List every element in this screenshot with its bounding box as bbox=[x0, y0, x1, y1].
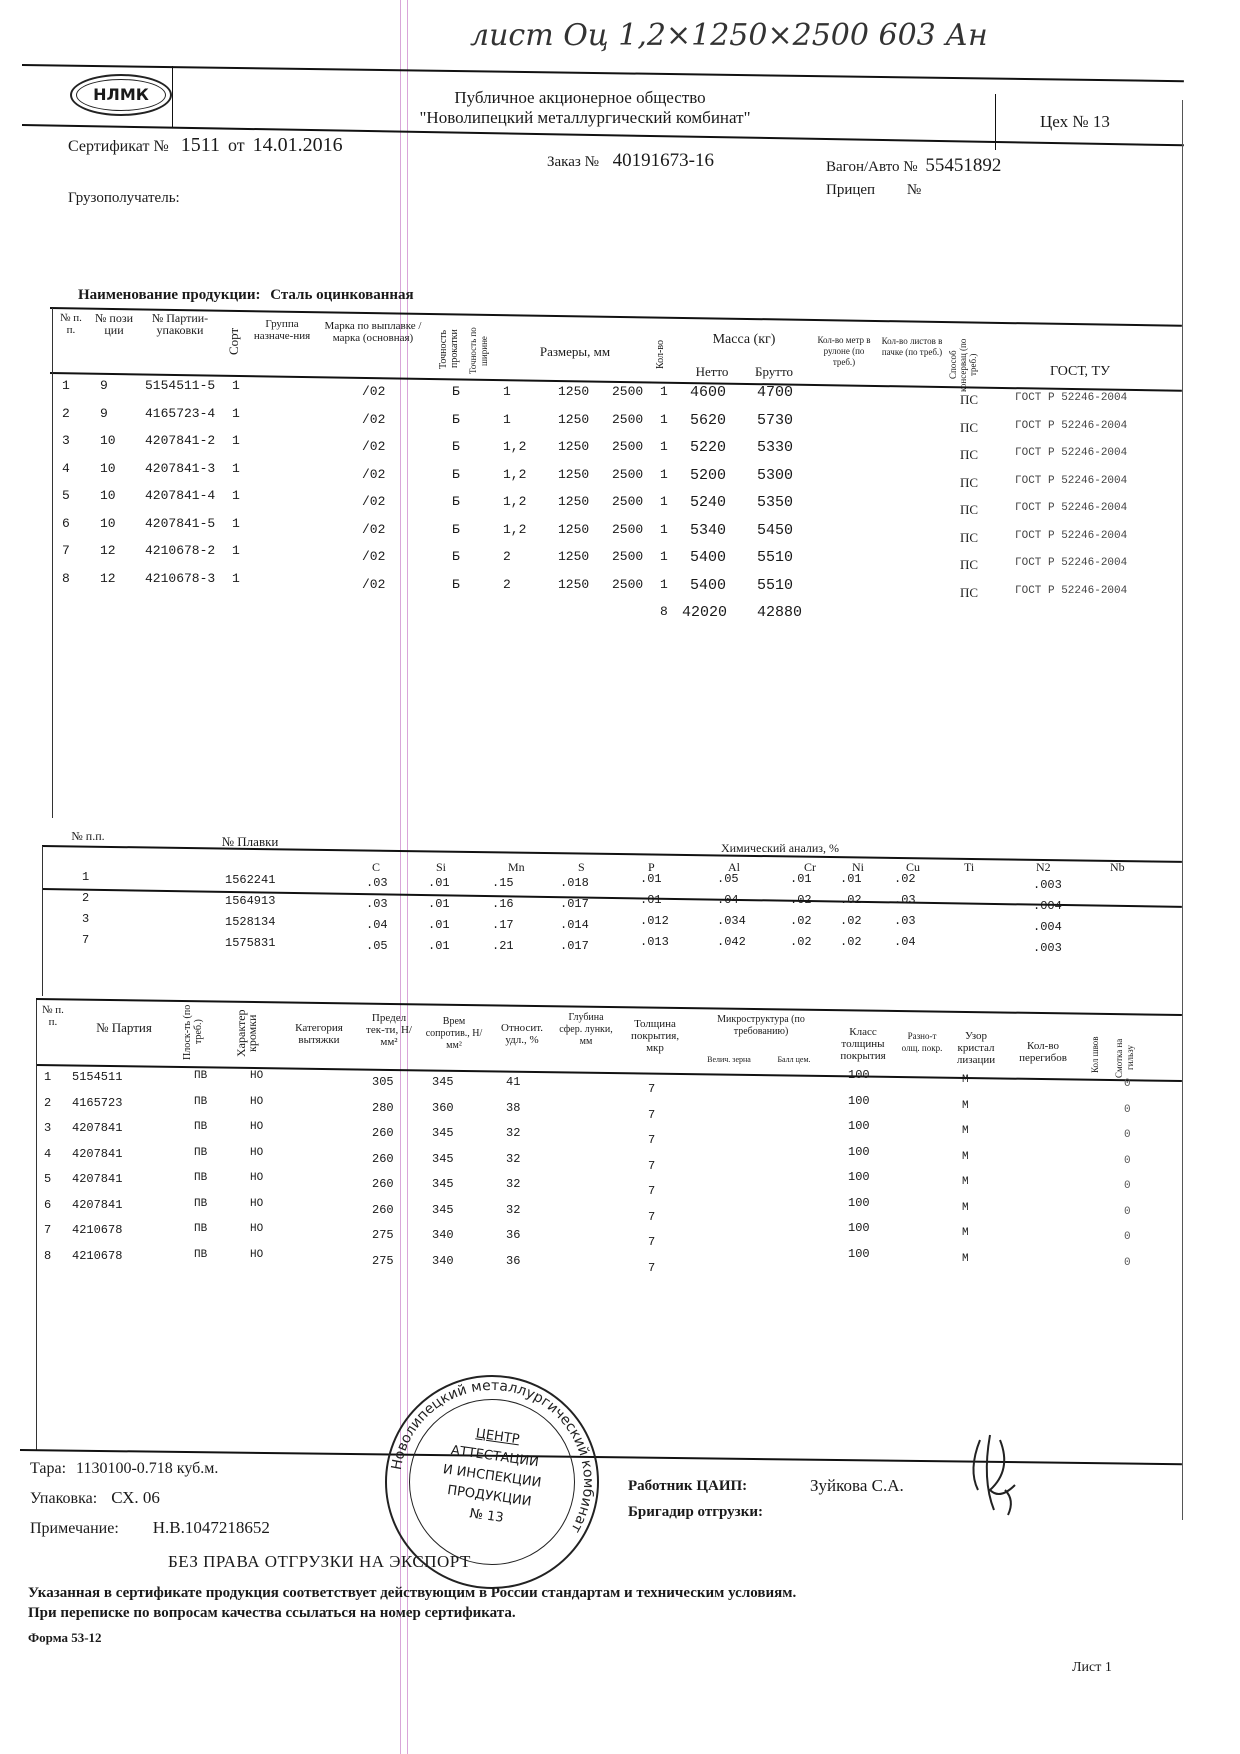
t3-cell-coil: 0 bbox=[1124, 1104, 1131, 1116]
note-info: Примечание: Н.В.1047218652 bbox=[30, 1518, 270, 1538]
t1-header-gross: Брутто bbox=[744, 366, 804, 378]
t3-cell-edge: НО bbox=[250, 1223, 263, 1235]
table3-left-border bbox=[36, 1000, 37, 1450]
t1-header-net: Нетто bbox=[684, 366, 740, 378]
t2-cell-cr: .02 bbox=[790, 935, 812, 949]
t3-cell-pattern: М bbox=[962, 1176, 969, 1188]
t1-header-sheets: Кол-во листов в пачке (по треб.) bbox=[880, 336, 944, 358]
t1-cell-batch: 4165723-4 bbox=[145, 406, 215, 421]
t2-cell-si: .01 bbox=[428, 897, 450, 911]
company-name: "Новолипецкий металлургический комбинат" bbox=[370, 108, 800, 128]
table1-left-border bbox=[52, 308, 53, 818]
t2-cell-heat: 1528134 bbox=[225, 915, 275, 929]
t1-cell-roll_acc: Б bbox=[452, 439, 460, 454]
t3-cell-edge: НО bbox=[250, 1147, 263, 1159]
t1-cell-thick: 1,2 bbox=[503, 467, 526, 482]
t1-cell-l: 2500 bbox=[612, 412, 643, 427]
t3-cell-pattern: М bbox=[962, 1151, 969, 1163]
t2-cell-heat: 1564913 bbox=[225, 894, 275, 908]
t1-header-meters: Кол-во метр в рулоне (по треб.) bbox=[812, 335, 876, 368]
t3-cell-coat: 7 bbox=[648, 1133, 655, 1147]
t1-cell-gost: ГОСТ Р 52246-2004 bbox=[1015, 557, 1127, 569]
trailer-info: Прицеп № bbox=[826, 182, 921, 199]
t1-cell-net: 5400 bbox=[690, 549, 726, 566]
t3-cell-pp: 4 bbox=[44, 1147, 51, 1161]
t2-cell-c: .04 bbox=[366, 918, 388, 932]
t2-cell-mn: .16 bbox=[492, 897, 514, 911]
t1-cell-pp: 3 bbox=[62, 433, 70, 448]
t2-cell-al: .042 bbox=[717, 935, 746, 949]
t3-cell-pp: 5 bbox=[44, 1172, 51, 1186]
t1-cell-thick: 1 bbox=[503, 384, 511, 399]
t3-cell-yield: 275 bbox=[372, 1228, 394, 1242]
t2-header-s: S bbox=[578, 860, 585, 875]
t1-cell-qty: 1 bbox=[660, 467, 668, 482]
t1-cell-roll_acc: Б bbox=[452, 467, 460, 482]
t3-cell-coil: 0 bbox=[1124, 1231, 1131, 1243]
t1-cell-net: 5220 bbox=[690, 439, 726, 456]
t3-cell-class: 100 bbox=[848, 1119, 870, 1133]
t2-cell-cr: .01 bbox=[790, 872, 812, 886]
signature-icon bbox=[960, 1430, 1030, 1520]
t1-cell-sort: 1 bbox=[232, 433, 240, 448]
t1-cell-roll_acc: Б bbox=[452, 412, 460, 427]
t3-cell-tensile: 345 bbox=[432, 1203, 454, 1217]
t2-cell-pp: 7 bbox=[82, 933, 89, 947]
t1-cell-sort: 1 bbox=[232, 516, 240, 531]
t1-cell-gross: 5350 bbox=[757, 494, 793, 511]
t1-cell-conserv: ПС bbox=[960, 585, 978, 601]
t1-header-sizes: Размеры, мм bbox=[510, 346, 640, 358]
t3-cell-batch: 4207841 bbox=[72, 1198, 122, 1212]
t1-cell-sort: 1 bbox=[232, 543, 240, 558]
t3-cell-elong: 32 bbox=[506, 1203, 520, 1217]
t2-cell-cu: .04 bbox=[894, 935, 916, 949]
t3-cell-coat: 7 bbox=[648, 1184, 655, 1198]
t2-cell-pp: 2 bbox=[82, 891, 89, 905]
t1-cell-l: 2500 bbox=[612, 577, 643, 592]
t1-cell-sort: 1 bbox=[232, 488, 240, 503]
t1-cell-gost: ГОСТ Р 52246-2004 bbox=[1015, 475, 1127, 487]
t2-header-n2: N2 bbox=[1036, 860, 1051, 875]
header-divider bbox=[995, 94, 996, 150]
t1-cell-sort: 1 bbox=[232, 378, 240, 393]
t1-cell-batch: 4207841-3 bbox=[145, 461, 215, 476]
t1-cell-gross: 5450 bbox=[757, 522, 793, 539]
t3-cell-coil: 0 bbox=[1124, 1206, 1131, 1218]
t2-cell-si: .01 bbox=[428, 876, 450, 890]
t2-cell-n2: .003 bbox=[1033, 941, 1062, 955]
t1-cell-net: 5240 bbox=[690, 494, 726, 511]
t1-cell-gost: ГОСТ Р 52246-2004 bbox=[1015, 530, 1127, 542]
t1-cell-gost: ГОСТ Р 52246-2004 bbox=[1015, 585, 1127, 597]
correspondence-note: При переписке по вопросам качества ссыла… bbox=[28, 1605, 516, 1622]
t3-cell-tensile: 345 bbox=[432, 1126, 454, 1140]
t1-cell-batch: 4210678-2 bbox=[145, 543, 215, 558]
certificate-date: 14.01.2016 bbox=[253, 134, 343, 156]
t1-cell-conserv: ПС bbox=[960, 557, 978, 573]
t1-cell-conserv: ПС bbox=[960, 447, 978, 463]
t1-cell-batch: 5154511-5 bbox=[145, 378, 215, 393]
t2-header-mn: Mn bbox=[508, 860, 525, 875]
t3-cell-pp: 3 bbox=[44, 1121, 51, 1135]
t1-cell-qty: 1 bbox=[660, 549, 668, 564]
t2-cell-s: .014 bbox=[560, 918, 589, 932]
t2-header-pp: № п.п. bbox=[48, 830, 128, 842]
foreman-label: Бригадир отгрузки: bbox=[628, 1504, 763, 1521]
t1-cell-roll_acc: Б bbox=[452, 549, 460, 564]
t2-cell-n2: .004 bbox=[1033, 920, 1062, 934]
t3-cell-pp: 6 bbox=[44, 1198, 51, 1212]
t3-cell-pattern: М bbox=[962, 1227, 969, 1239]
t1-cell-w: 1250 bbox=[558, 494, 589, 509]
t3-cell-batch: 4210678 bbox=[72, 1249, 122, 1263]
t1-cell-net: 5200 bbox=[690, 467, 726, 484]
t2-cell-al: .04 bbox=[717, 893, 739, 907]
t3-cell-flat: ПВ bbox=[194, 1198, 207, 1210]
t3-cell-batch: 5154511 bbox=[72, 1070, 122, 1084]
t1-cell-roll_acc: Б bbox=[452, 494, 460, 509]
t1-cell-l: 2500 bbox=[612, 439, 643, 454]
t3-cell-coil: 0 bbox=[1124, 1078, 1131, 1090]
t3-cell-pattern: М bbox=[962, 1074, 969, 1086]
t3-cell-flat: ПВ bbox=[194, 1249, 207, 1261]
t1-header-batch: № Партии-упаковки bbox=[140, 312, 220, 336]
t3-cell-edge: НО bbox=[250, 1172, 263, 1184]
consignee-label: Грузополучатель: bbox=[68, 190, 180, 207]
t2-cell-si: .01 bbox=[428, 918, 450, 932]
t1-header-roll-acc: Точность прокатки bbox=[438, 320, 460, 378]
t3-cell-pp: 1 bbox=[44, 1070, 51, 1084]
t3-cell-flat: ПВ bbox=[194, 1070, 207, 1082]
t1-cell-gross: 5300 bbox=[757, 467, 793, 484]
t3-header-batch: № Партия bbox=[76, 1022, 172, 1034]
t2-cell-ni: .02 bbox=[840, 893, 862, 907]
t2-cell-n2: .003 bbox=[1033, 878, 1062, 892]
t1-header-conserv: Способ консервац (по треб.) bbox=[948, 338, 978, 392]
t2-cell-p: .01 bbox=[640, 872, 662, 886]
t1-cell-gost: ГОСТ Р 52246-2004 bbox=[1015, 392, 1127, 404]
product-name: Наименование продукции: Сталь оцинкованн… bbox=[78, 287, 414, 304]
t3-cell-class: 100 bbox=[848, 1170, 870, 1184]
t3-cell-edge: НО bbox=[250, 1198, 263, 1210]
t1-cell-net: 5620 bbox=[690, 412, 726, 429]
t1-header-grade: Марка по выплавке / марка (основная) bbox=[318, 320, 428, 344]
table3-header-bottom bbox=[36, 1064, 1182, 1082]
wagon-number: 55451892 bbox=[925, 155, 1001, 176]
t3-cell-tensile: 345 bbox=[432, 1075, 454, 1089]
t1-cell-roll_acc: Б bbox=[452, 577, 460, 592]
t1-header-pp: № п. п. bbox=[56, 312, 86, 336]
t3-cell-yield: 260 bbox=[372, 1126, 394, 1140]
t2-cell-s: .017 bbox=[560, 897, 589, 911]
t2-cell-s: .017 bbox=[560, 939, 589, 953]
t2-cell-cu: .03 bbox=[894, 893, 916, 907]
t3-cell-elong: 38 bbox=[506, 1101, 520, 1115]
workshop-number: Цех № 13 bbox=[1040, 112, 1110, 132]
t2-cell-pp: 3 bbox=[82, 912, 89, 926]
t1-cell-l: 2500 bbox=[612, 549, 643, 564]
t1-cell-pos: 10 bbox=[100, 488, 116, 503]
t3-cell-tensile: 340 bbox=[432, 1254, 454, 1268]
t1-cell-conserv: ПС bbox=[960, 502, 978, 518]
t1-cell-grade: /02 bbox=[362, 522, 385, 537]
total-net: 42020 bbox=[682, 604, 727, 621]
t3-cell-coil: 0 bbox=[1124, 1155, 1131, 1167]
t2-cell-c: .05 bbox=[366, 939, 388, 953]
t1-cell-roll_acc: Б bbox=[452, 384, 460, 399]
t3-header-edge: Характер кромки bbox=[236, 1004, 258, 1062]
t3-header-tensile: Врем сопротив., Н/мм² bbox=[420, 1016, 488, 1052]
t1-cell-thick: 1,2 bbox=[503, 494, 526, 509]
t3-cell-flat: ПВ bbox=[194, 1096, 207, 1108]
t1-header-group: Группа назначе-ния bbox=[252, 318, 312, 342]
t3-cell-flat: ПВ bbox=[194, 1172, 207, 1184]
tare-info: Тара: 1130100-0.718 куб.м. bbox=[30, 1460, 218, 1478]
t1-cell-thick: 1,2 bbox=[503, 439, 526, 454]
t3-header-flat: Плоск-ть (по треб.) bbox=[182, 1004, 204, 1060]
t1-cell-pp: 6 bbox=[62, 516, 70, 531]
t2-cell-ni: .02 bbox=[840, 914, 862, 928]
t1-cell-pos: 10 bbox=[100, 461, 116, 476]
t3-header-coat: Толщина покрытия, мкр bbox=[622, 1018, 688, 1054]
t1-cell-qty: 1 bbox=[660, 522, 668, 537]
t1-cell-batch: 4207841-2 bbox=[145, 433, 215, 448]
t2-header-ti: Ti bbox=[964, 860, 974, 875]
t1-cell-l: 2500 bbox=[612, 467, 643, 482]
t2-header-si: Si bbox=[436, 860, 446, 875]
t1-cell-thick: 2 bbox=[503, 577, 511, 592]
t3-cell-coil: 0 bbox=[1124, 1180, 1131, 1192]
t3-header-pattern: Узор кристал лизации bbox=[948, 1030, 1004, 1066]
t2-cell-heat: 1562241 bbox=[225, 873, 275, 887]
t1-cell-grade: /02 bbox=[362, 467, 385, 482]
t1-cell-w: 1250 bbox=[558, 577, 589, 592]
t2-cell-n2: .004 bbox=[1033, 899, 1062, 913]
t3-header-bends: Кол-во перегибов bbox=[1008, 1040, 1078, 1064]
t1-cell-pos: 9 bbox=[100, 378, 108, 393]
t1-header-pos: № пози ции bbox=[92, 312, 136, 336]
t1-cell-grade: /02 bbox=[362, 439, 385, 454]
t1-cell-w: 1250 bbox=[558, 549, 589, 564]
t3-cell-yield: 280 bbox=[372, 1101, 394, 1115]
order-info: Заказ № 40191673-16 bbox=[547, 150, 714, 172]
t3-cell-batch: 4207841 bbox=[72, 1147, 122, 1161]
t1-cell-pos: 12 bbox=[100, 543, 116, 558]
t1-cell-w: 1250 bbox=[558, 439, 589, 454]
t2-header-heat: № Плавки bbox=[190, 836, 310, 848]
t2-header-c: C bbox=[372, 860, 380, 875]
order-number: 40191673-16 bbox=[613, 150, 714, 171]
packaging-info: Упаковка: СХ. 06 bbox=[30, 1488, 160, 1508]
t1-cell-conserv: ПС bbox=[960, 420, 978, 436]
t3-header-seams: Кол швов bbox=[1090, 1030, 1101, 1080]
t3-cell-class: 100 bbox=[848, 1145, 870, 1159]
t1-cell-batch: 4210678-3 bbox=[145, 571, 215, 586]
t2-cell-pp: 1 bbox=[82, 870, 89, 884]
t1-header-gost: ГОСТ, ТУ bbox=[1020, 366, 1140, 378]
t1-cell-gost: ГОСТ Р 52246-2004 bbox=[1015, 502, 1127, 514]
t3-header-uneven: Разно-т олщ. покр. bbox=[900, 1030, 944, 1054]
t1-cell-gross: 5730 bbox=[757, 412, 793, 429]
t2-cell-c: .03 bbox=[366, 897, 388, 911]
t3-cell-pattern: М bbox=[962, 1253, 969, 1265]
t3-header-elong: Относит. удл., % bbox=[492, 1022, 552, 1046]
t3-cell-yield: 260 bbox=[372, 1177, 394, 1191]
t3-cell-edge: НО bbox=[250, 1070, 263, 1082]
t1-cell-net: 5400 bbox=[690, 577, 726, 594]
t3-cell-edge: НО bbox=[250, 1096, 263, 1108]
t3-cell-flat: ПВ bbox=[194, 1147, 207, 1159]
t2-cell-si: .01 bbox=[428, 939, 450, 953]
t2-header-nb: Nb bbox=[1110, 860, 1125, 875]
header-divider bbox=[172, 66, 173, 128]
t1-cell-pp: 4 bbox=[62, 461, 70, 476]
t2-cell-mn: .17 bbox=[492, 918, 514, 932]
t1-cell-grade: /02 bbox=[362, 577, 385, 592]
t1-cell-grade: /02 bbox=[362, 549, 385, 564]
t1-cell-net: 4600 bbox=[690, 384, 726, 401]
t3-cell-class: 100 bbox=[848, 1221, 870, 1235]
t1-cell-pos: 10 bbox=[100, 516, 116, 531]
t1-cell-conserv: ПС bbox=[960, 530, 978, 546]
t1-cell-net: 5340 bbox=[690, 522, 726, 539]
t3-header-pp: № п. п. bbox=[40, 1004, 66, 1028]
worker-label: Работник ЦАИП: bbox=[628, 1478, 747, 1495]
t1-cell-thick: 1 bbox=[503, 412, 511, 427]
t2-cell-mn: .15 bbox=[492, 876, 514, 890]
t2-cell-heat: 1575831 bbox=[225, 936, 275, 950]
t3-cell-elong: 36 bbox=[506, 1228, 520, 1242]
t2-cell-mn: .21 bbox=[492, 939, 514, 953]
t3-header-class: Класс толщины покрытия bbox=[830, 1026, 896, 1062]
t1-cell-roll_acc: Б bbox=[452, 522, 460, 537]
t3-cell-elong: 32 bbox=[506, 1126, 520, 1140]
t3-cell-class: 100 bbox=[848, 1094, 870, 1108]
t1-cell-grade: /02 bbox=[362, 412, 385, 427]
t2-cell-cr: .02 bbox=[790, 893, 812, 907]
t1-cell-w: 1250 bbox=[558, 467, 589, 482]
t1-cell-l: 2500 bbox=[612, 494, 643, 509]
t2-cell-al: .05 bbox=[717, 872, 739, 886]
t1-cell-gross: 5330 bbox=[757, 439, 793, 456]
t2-cell-s: .018 bbox=[560, 876, 589, 890]
t3-cell-tensile: 345 bbox=[432, 1152, 454, 1166]
t1-cell-thick: 2 bbox=[503, 549, 511, 564]
t3-cell-coat: 7 bbox=[648, 1108, 655, 1122]
t3-cell-batch: 4207841 bbox=[72, 1121, 122, 1135]
t3-cell-class: 100 bbox=[848, 1068, 870, 1082]
t3-cell-coil: 0 bbox=[1124, 1257, 1131, 1269]
t1-cell-pos: 9 bbox=[100, 406, 108, 421]
t1-header-qty: Кол-во bbox=[655, 334, 666, 374]
t1-header-width-acc: Точность по ширине bbox=[468, 322, 490, 380]
t1-cell-pos: 12 bbox=[100, 571, 116, 586]
t2-cell-c: .03 bbox=[366, 876, 388, 890]
table2-left-border bbox=[42, 846, 43, 996]
t3-header-draw: Категория вытяжки bbox=[284, 1022, 354, 1046]
t2-cell-cu: .02 bbox=[894, 872, 916, 886]
t1-cell-w: 1250 bbox=[558, 384, 589, 399]
t1-cell-pos: 10 bbox=[100, 433, 116, 448]
t1-cell-qty: 1 bbox=[660, 384, 668, 399]
t1-cell-gost: ГОСТ Р 52246-2004 bbox=[1015, 447, 1127, 459]
t1-cell-w: 1250 bbox=[558, 522, 589, 537]
t1-cell-pp: 7 bbox=[62, 543, 70, 558]
t2-cell-cu: .03 bbox=[894, 914, 916, 928]
t1-cell-qty: 1 bbox=[660, 494, 668, 509]
t2-cell-cr: .02 bbox=[790, 914, 812, 928]
t2-cell-p: .01 bbox=[640, 893, 662, 907]
t1-cell-gross: 4700 bbox=[757, 384, 793, 401]
t1-cell-gross: 5510 bbox=[757, 549, 793, 566]
t1-cell-sort: 1 bbox=[232, 461, 240, 476]
company-logo: НЛМК bbox=[70, 74, 172, 116]
t3-cell-yield: 260 bbox=[372, 1152, 394, 1166]
t1-cell-batch: 4207841-5 bbox=[145, 516, 215, 531]
t1-header-sort: Сорт bbox=[228, 316, 239, 366]
wagon-info: Вагон/Авто № 55451892 bbox=[826, 155, 1001, 177]
t3-cell-flat: ПВ bbox=[194, 1223, 207, 1235]
t3-cell-elong: 32 bbox=[506, 1177, 520, 1191]
t3-cell-pp: 2 bbox=[44, 1096, 51, 1110]
t3-cell-pp: 8 bbox=[44, 1249, 51, 1263]
inspection-stamp: Новолипецкий металлургический комбинат Ц… bbox=[385, 1375, 599, 1589]
t3-cell-elong: 32 bbox=[506, 1152, 520, 1166]
header-top-border bbox=[22, 64, 1184, 82]
t3-cell-batch: 4207841 bbox=[72, 1172, 122, 1186]
t3-cell-pattern: М bbox=[962, 1202, 969, 1214]
t3-cell-coil: 0 bbox=[1124, 1129, 1131, 1141]
total-qty: 8 bbox=[660, 604, 668, 619]
t3-cell-tensile: 345 bbox=[432, 1177, 454, 1191]
t1-cell-pp: 5 bbox=[62, 488, 70, 503]
t3-header-yield: Предел тек-ти, Н/мм² bbox=[362, 1012, 416, 1048]
t3-cell-edge: НО bbox=[250, 1249, 263, 1261]
t1-cell-conserv: ПС bbox=[960, 392, 978, 408]
t1-cell-qty: 1 bbox=[660, 439, 668, 454]
t2-cell-al: .034 bbox=[717, 914, 746, 928]
t3-header-depth: Глубина сфер. лунки, мм bbox=[556, 1012, 616, 1048]
t1-cell-pp: 2 bbox=[62, 406, 70, 421]
t1-cell-qty: 1 bbox=[660, 577, 668, 592]
t3-cell-class: 100 bbox=[848, 1247, 870, 1261]
t3-cell-tensile: 340 bbox=[432, 1228, 454, 1242]
certificate-info: Сертификат № 1511 от 14.01.2016 bbox=[68, 134, 343, 157]
t2-cell-ni: .02 bbox=[840, 935, 862, 949]
t3-cell-pattern: М bbox=[962, 1125, 969, 1137]
t3-cell-elong: 36 bbox=[506, 1254, 520, 1268]
t3-cell-yield: 260 bbox=[372, 1203, 394, 1217]
t3-cell-yield: 305 bbox=[372, 1075, 394, 1089]
t1-cell-sort: 1 bbox=[232, 571, 240, 586]
t3-cell-batch: 4165723 bbox=[72, 1096, 122, 1110]
t1-cell-conserv: ПС bbox=[960, 475, 978, 491]
t1-cell-sort: 1 bbox=[232, 406, 240, 421]
t3-header-micro: Микроструктура (по требованию) bbox=[696, 1014, 826, 1038]
t3-cell-coat: 7 bbox=[648, 1261, 655, 1275]
t3-header-score: Балл цем. bbox=[764, 1054, 824, 1066]
t1-cell-gross: 5510 bbox=[757, 577, 793, 594]
t1-cell-w: 1250 bbox=[558, 412, 589, 427]
t3-cell-class: 100 bbox=[848, 1196, 870, 1210]
total-gross: 42880 bbox=[757, 604, 802, 621]
t3-cell-flat: ПВ bbox=[194, 1121, 207, 1133]
t1-cell-l: 2500 bbox=[612, 384, 643, 399]
t2-cell-p: .013 bbox=[640, 935, 669, 949]
t1-cell-l: 2500 bbox=[612, 522, 643, 537]
t1-cell-pp: 1 bbox=[62, 378, 70, 393]
